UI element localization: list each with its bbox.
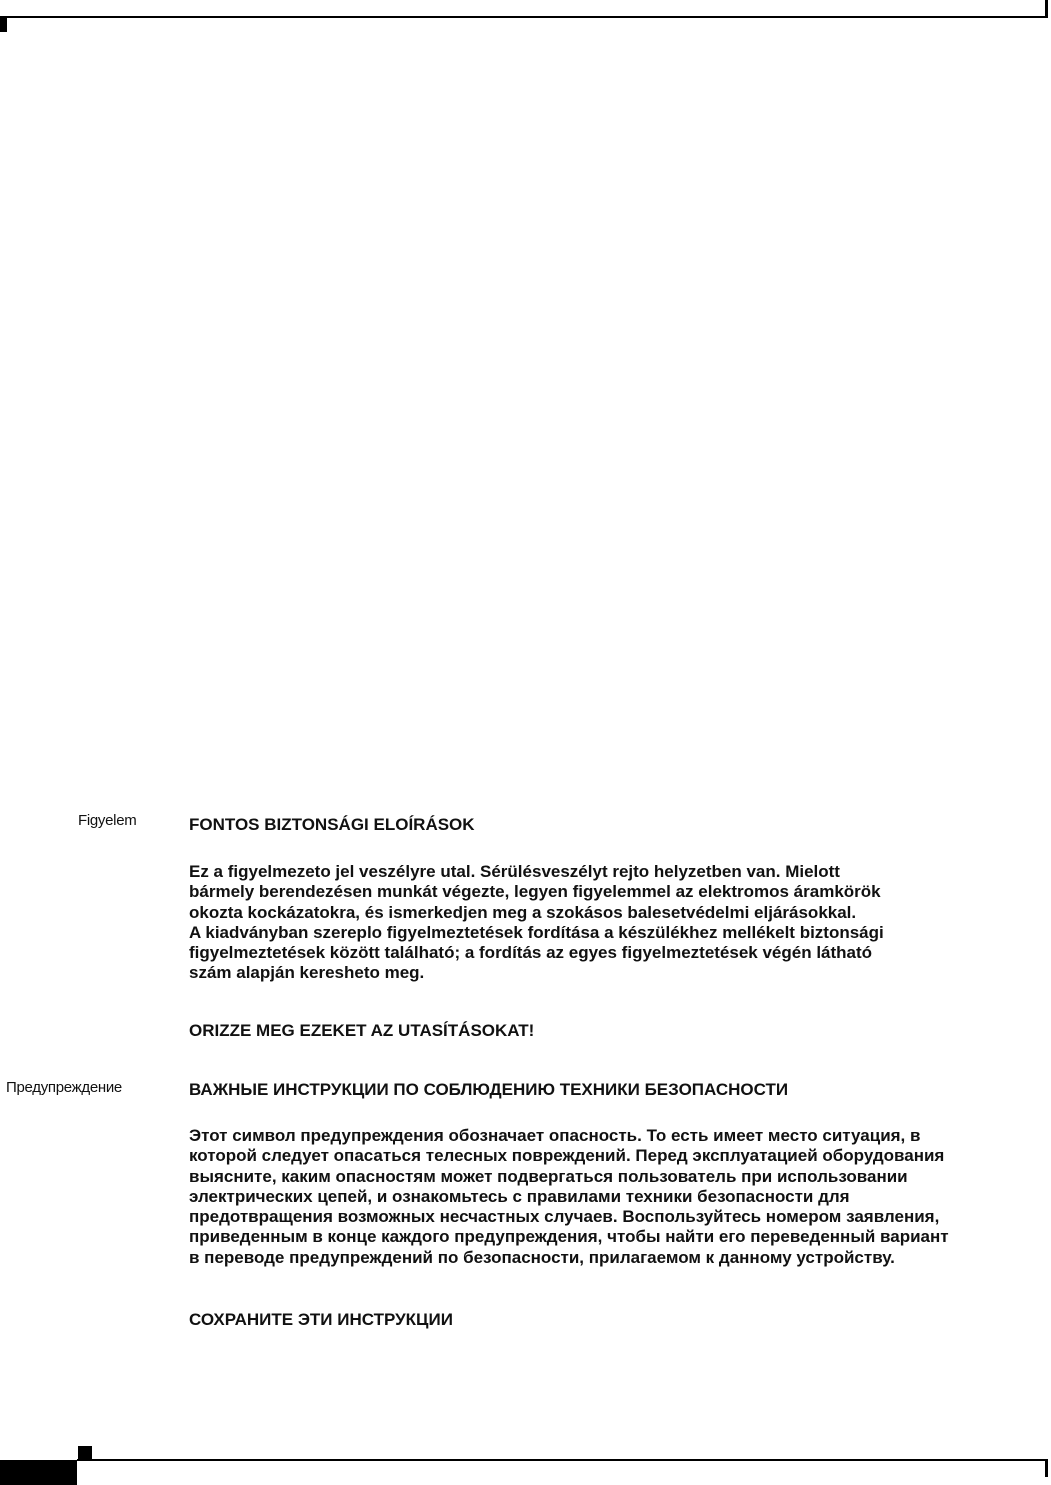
warning-body: Ez a figyelmezeto jel veszélyre utal. Sé… [189,862,884,984]
warning-heading: FONTOS BIZTONSÁGI ELOÍRÁSOK [189,815,475,835]
warning-heading: ВАЖНЫЕ ИНСТРУКЦИИ ПО СОБЛЮДЕНИЮ ТЕХНИКИ … [189,1080,788,1100]
warning-closing: ORIZZE MEG EZEKET AZ UTASÍTÁSOKAT! [189,1021,534,1041]
header-rule [0,16,1047,18]
body-line: bármely berendezésen munkát végezte, leg… [189,882,884,902]
footer-page-tab [0,1460,77,1485]
body-line: выясните, каким опасностям может подверг… [189,1167,949,1187]
footer-rule [77,1459,1047,1461]
warning-label: Figyelem [78,812,136,829]
body-line: которой следует опасаться телесных повре… [189,1146,949,1166]
body-line: okozta kockázatokra, és ismerkedjen meg … [189,903,884,923]
body-line: предотвращения возможных несчастных случ… [189,1207,949,1227]
warning-closing: СОХРАНИТЕ ЭТИ ИНСТРУКЦИИ [189,1310,453,1330]
body-line: электрических цепей, и ознакомьтесь с пр… [189,1187,949,1207]
footer-marker [78,1446,92,1460]
footer-rule-tick [1045,1459,1048,1477]
body-line: figyelmeztetések között található; a for… [189,943,884,963]
body-line: szám alapján keresheto meg. [189,963,884,983]
body-line: Этот символ предупреждения обозначает оп… [189,1126,949,1146]
header-marker [0,18,7,32]
body-line: Ez a figyelmezeto jel veszélyre utal. Sé… [189,862,884,882]
body-line: A kiadványban szereplo figyelmeztetések … [189,923,884,943]
warning-body: Этот символ предупреждения обозначает оп… [189,1126,949,1268]
body-line: приведенным в конце каждого предупрежден… [189,1227,949,1247]
body-line: в переводе предупреждений по безопасност… [189,1248,949,1268]
header-rule-tick [1045,0,1048,18]
warning-label: Предупреждение [6,1079,122,1096]
